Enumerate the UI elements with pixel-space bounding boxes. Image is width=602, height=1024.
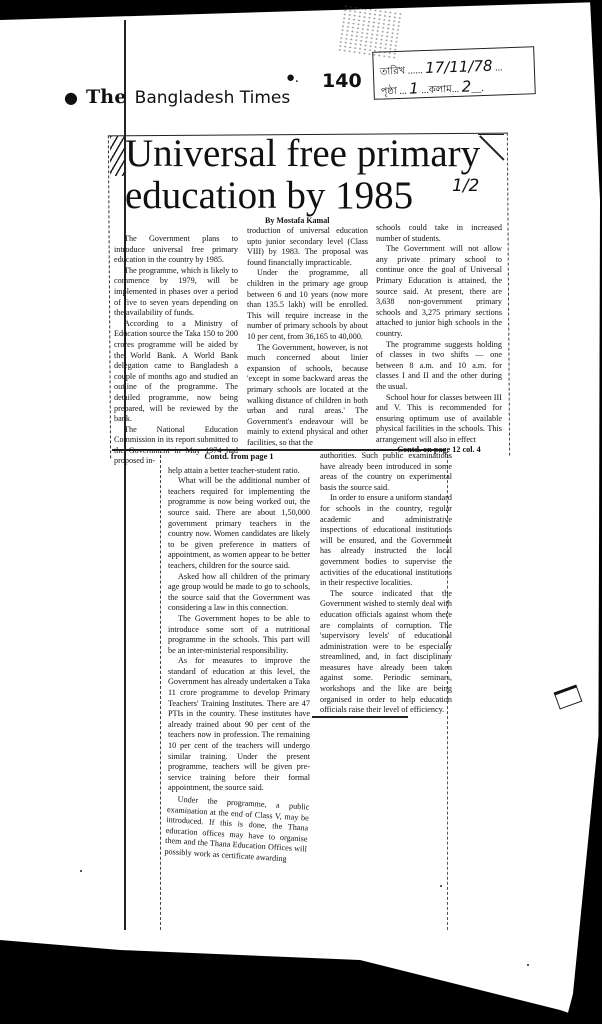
- paragraph: help attain a better teacher-student rat…: [168, 466, 310, 477]
- paragraph: Under the programme, all children in the…: [247, 268, 368, 342]
- paragraph: What will be the additional number of te…: [168, 476, 310, 571]
- article-headline: Universal free primary education by 1985: [125, 133, 505, 217]
- ink-dot: ●.: [286, 70, 299, 87]
- paragraph: The Government will not allow any privat…: [376, 244, 502, 339]
- paragraph: schools could take in increased number o…: [376, 223, 502, 244]
- stamp-column-label: ...কলাম...: [421, 84, 459, 96]
- paragraph: Asked how all children of the primary ag…: [168, 572, 310, 614]
- continuation-column-2: authorities. Such public examinations ha…: [320, 451, 452, 716]
- paragraph: The Government hopes to be able to intro…: [168, 614, 310, 656]
- article-column-3: schools could take in increased number o…: [376, 223, 502, 456]
- paragraph: The Government plans to introduce univer…: [114, 234, 238, 266]
- speck: [80, 870, 82, 872]
- speck: [440, 885, 442, 887]
- clipping-corner-hatch: [110, 136, 126, 176]
- masthead-the: The: [86, 86, 127, 108]
- stamp-page-row: পৃষ্ঠা ... 1 ...কলাম... 2__.: [380, 77, 484, 102]
- page-number: 140: [322, 70, 362, 92]
- headline-line-2: education by 1985: [125, 175, 505, 217]
- filing-stamp: তারিখ ...... 17/11/78 ... পৃষ্ঠা ... 1 .…: [372, 46, 536, 100]
- newspaper-masthead: ●The Bangladesh Times: [64, 86, 290, 108]
- paragraph: In order to ensure a uniform standard fo…: [320, 493, 452, 588]
- paragraph: The programme, which is likely to commen…: [114, 266, 238, 319]
- paragraph: troduction of universal education upto j…: [247, 226, 368, 268]
- paragraph: As for measures to improve the standard …: [168, 656, 310, 794]
- paragraph: authorities. Such public examinations ha…: [320, 451, 452, 493]
- speck: [527, 964, 529, 966]
- bullet-icon: ●: [64, 88, 78, 107]
- stamp-page-label: পৃষ্ঠা ...: [380, 86, 407, 98]
- column-end-rule: [312, 716, 408, 718]
- continuation-column-1: Contd. from page 1 help attain a better …: [168, 452, 310, 858]
- stamp-date-label: তারিখ ......: [380, 65, 423, 77]
- paragraph: The Government, however, is not much con…: [247, 343, 368, 449]
- article-byline: By Mostafa Kamal: [265, 216, 329, 225]
- continued-from-note: Contd. from page 1: [168, 452, 310, 463]
- paragraph: According to a Ministry of Education sou…: [114, 319, 238, 425]
- article-column-2: troduction of universal education upto j…: [247, 226, 368, 448]
- paragraph: School hour for classes between III and …: [376, 393, 502, 446]
- headline-line-1: Universal free primary: [125, 133, 505, 175]
- stamp-page-value: 1: [409, 79, 419, 97]
- paragraph: The programme suggests holding of classe…: [376, 340, 502, 393]
- paragraph: The source indicated that the Government…: [320, 589, 452, 716]
- handwritten-note: 1/2: [452, 176, 479, 196]
- stamp-column-value: 2: [461, 77, 471, 95]
- paragraph: Under the programme, a public examinatio…: [164, 794, 310, 866]
- article-column-1: The Government plans to introduce univer…: [114, 234, 238, 467]
- stamp-date-value: 17/11/78: [425, 57, 493, 77]
- newspaper-name: Bangladesh Times: [135, 88, 291, 108]
